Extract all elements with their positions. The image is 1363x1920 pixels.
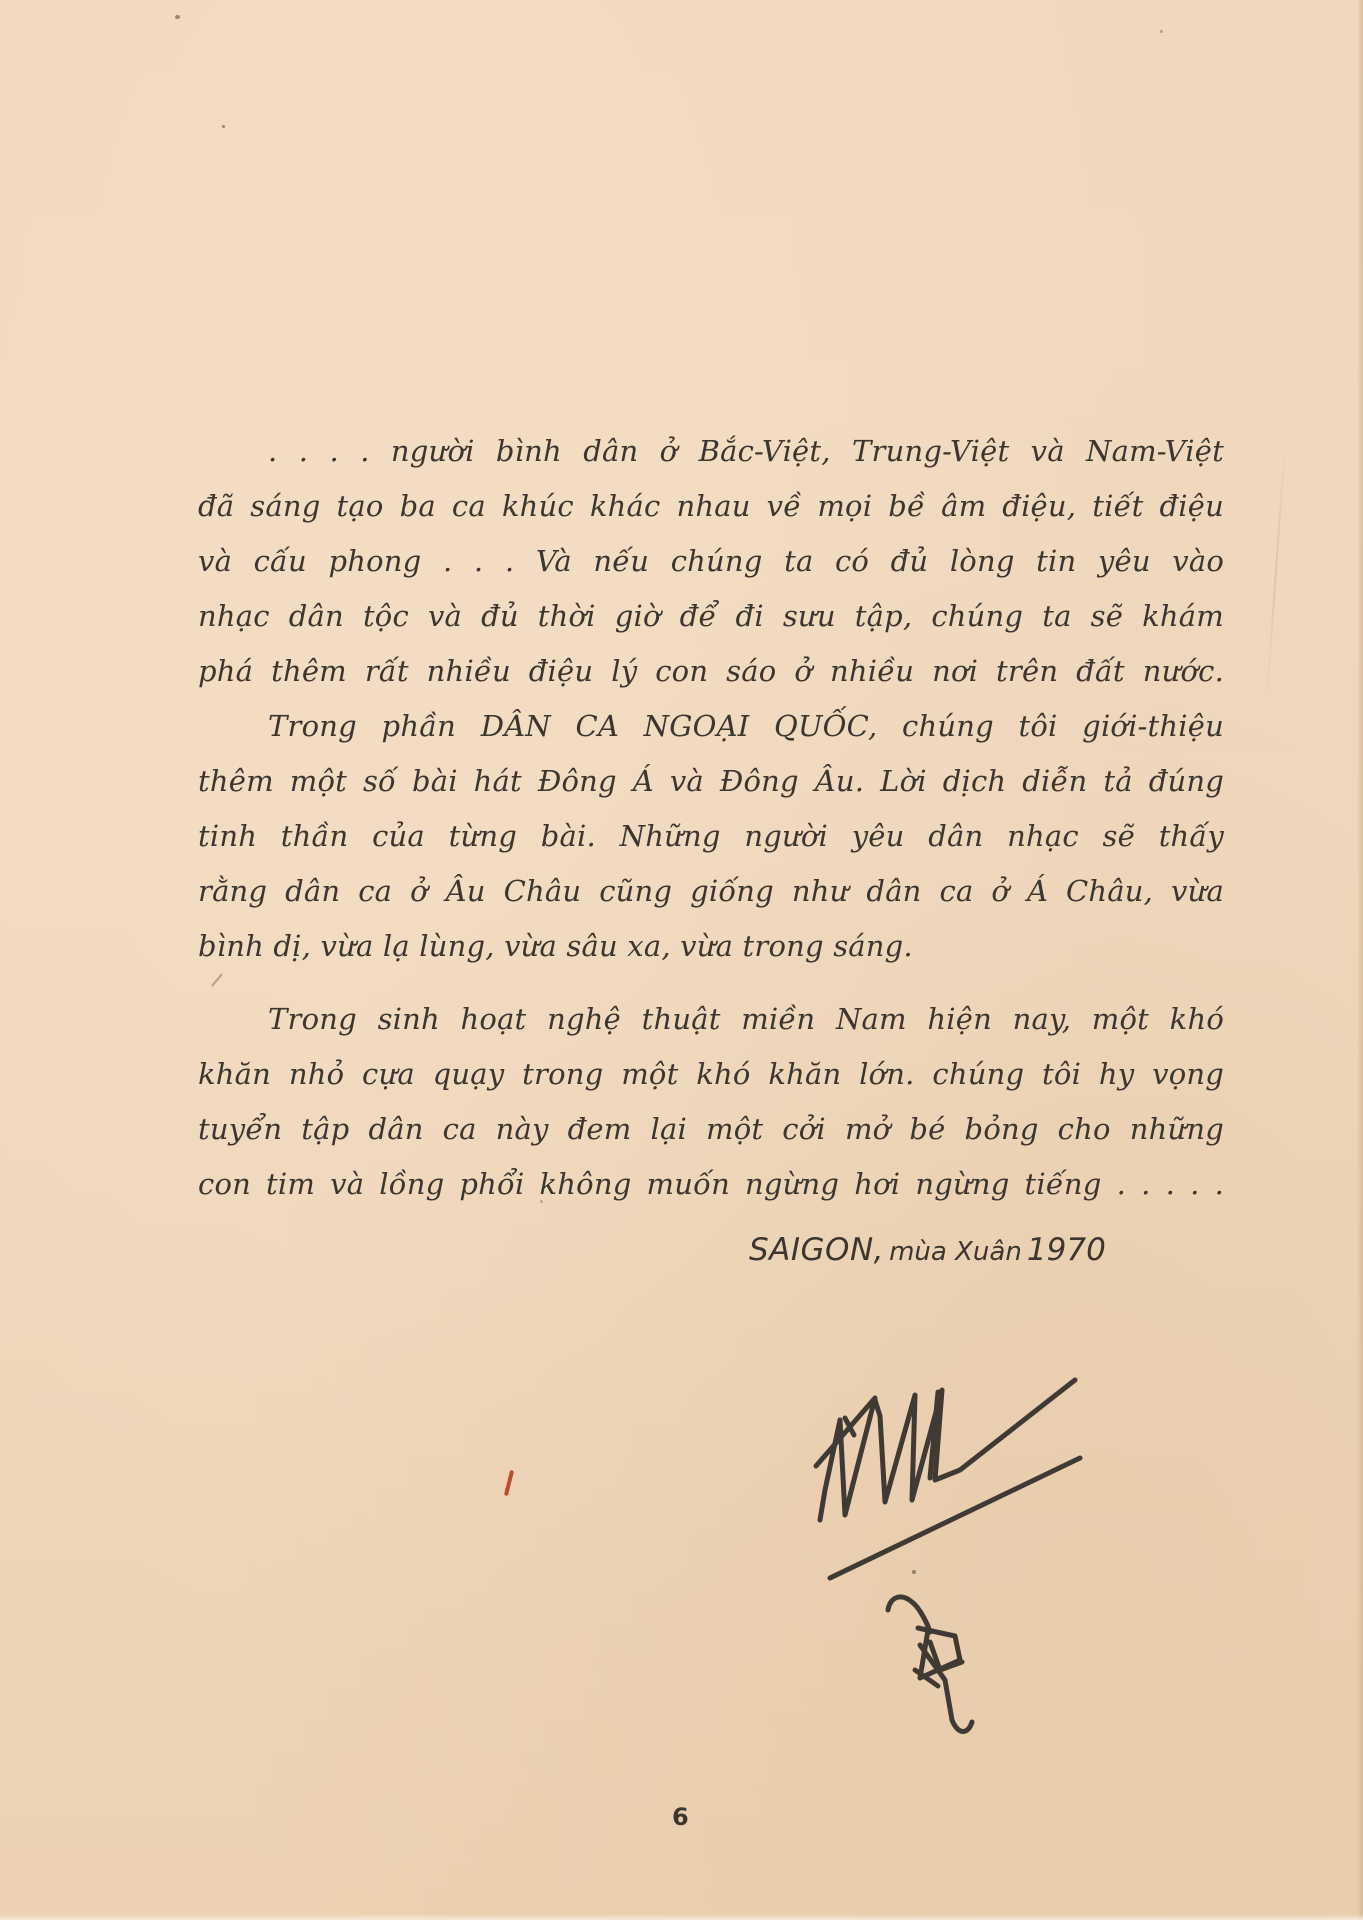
text-line: tuyển tập dân ca này đem lại một cởi mở … [198, 1102, 1224, 1157]
text-line: nhạc dân tộc và đủ thời giờ để đi sưu tậ… [198, 589, 1224, 644]
text-line: bình dị, vừa lạ lùng, vừa sâu xa, vừa tr… [198, 919, 1224, 974]
text-line: khăn nhỏ cựa quạy trong một khó khăn lớn… [198, 1047, 1224, 1102]
text-line: con tim và lồng phổi không muốn ngừng hơ… [198, 1157, 1224, 1212]
place-date-line: SAIGON, mùa Xuân 1970 [749, 1232, 1106, 1268]
text-line: thêm một số bài hát Đông Á và Đông Âu. L… [198, 754, 1224, 809]
paper-crease [1266, 440, 1286, 700]
text-line: . . . . người bình dân ở Bắc-Việt, Trung… [198, 424, 1224, 479]
year: 1970 [1027, 1232, 1106, 1268]
red-ink-mark [504, 1470, 514, 1496]
paper-speck [175, 15, 180, 19]
document-page: . . . . người bình dân ở Bắc-Việt, Trung… [0, 0, 1363, 1920]
paper-edge-bottom [0, 1914, 1363, 1920]
pencil-mark [211, 973, 223, 987]
place-name: SAIGON, [749, 1232, 884, 1268]
text-line: Trong phần DÂN CA NGOẠI QUỐC, chúng tôi … [198, 699, 1224, 754]
paper-speck [1160, 30, 1163, 33]
text-line: đã sáng tạo ba ca khúc khác nhau về mọi … [198, 479, 1224, 534]
season: mùa Xuân [889, 1237, 1022, 1267]
text-line: rằng dân ca ở Âu Châu cũng giống như dân… [198, 864, 1224, 919]
signature-icon [780, 1340, 1110, 1760]
paper-edge-right [1357, 0, 1363, 1920]
paragraph-intro: . . . . người bình dân ở Bắc-Việt, Trung… [198, 424, 1224, 699]
text-line: Trong sinh hoạt nghệ thuật miền Nam hiện… [198, 992, 1224, 1047]
paragraph-closing-hope: Trong sinh hoạt nghệ thuật miền Nam hiện… [198, 992, 1224, 1212]
paragraph-foreign-folk-songs: Trong phần DÂN CA NGOẠI QUỐC, chúng tôi … [198, 699, 1224, 974]
paper-speck [222, 125, 225, 128]
text-line: phá thêm rất nhiều điệu lý con sáo ở nhi… [198, 644, 1224, 699]
text-line: và cấu phong . . . Và nếu chúng ta có đủ… [198, 534, 1224, 589]
page-number: 6 [672, 1803, 689, 1831]
text-line: tinh thần của từng bài. Những người yêu … [198, 809, 1224, 864]
